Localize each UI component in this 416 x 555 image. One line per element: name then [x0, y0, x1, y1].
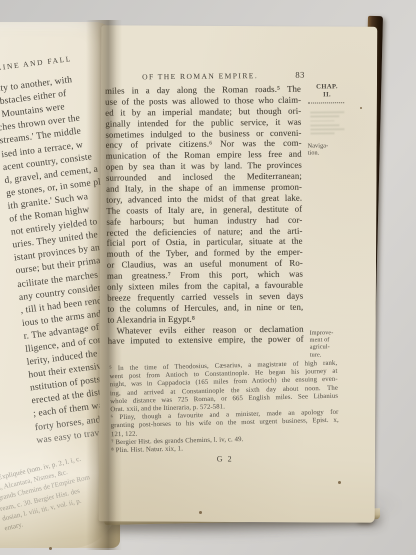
page-number: 83 — [295, 70, 305, 80]
margin-note-navigation: Naviga-tion. — [308, 142, 350, 157]
running-head: OF THE ROMAN EMPIRE. — [105, 71, 295, 82]
foxing-spot — [360, 107, 362, 109]
body-paragraph-1: miles in a day along the Roman roads.⁵ T… — [105, 84, 303, 326]
right-page: OF THE ROMAN EMPIRE. 83 miles in a day a… — [99, 25, 378, 522]
ink-show-through — [310, 111, 344, 137]
footnotes: ⁵ In the time of Theodosius, Cæsarius, a… — [109, 360, 339, 456]
foxing-spot — [199, 511, 202, 514]
margin-note-improvement: Improve-ment ofagricul-ture. — [310, 329, 352, 358]
body-paragraph-2: Whatever evils either reason or declamat… — [107, 323, 303, 347]
book-photograph: LINE AND FALL city to another, withobsta… — [0, 0, 416, 555]
foxing-spot — [338, 481, 341, 484]
foxing-spot — [49, 547, 52, 550]
chapter-dotted-rule — [308, 102, 344, 103]
margin-note-chapter: CHAP.II. — [307, 83, 347, 99]
signature-mark: G 2 — [111, 453, 339, 464]
